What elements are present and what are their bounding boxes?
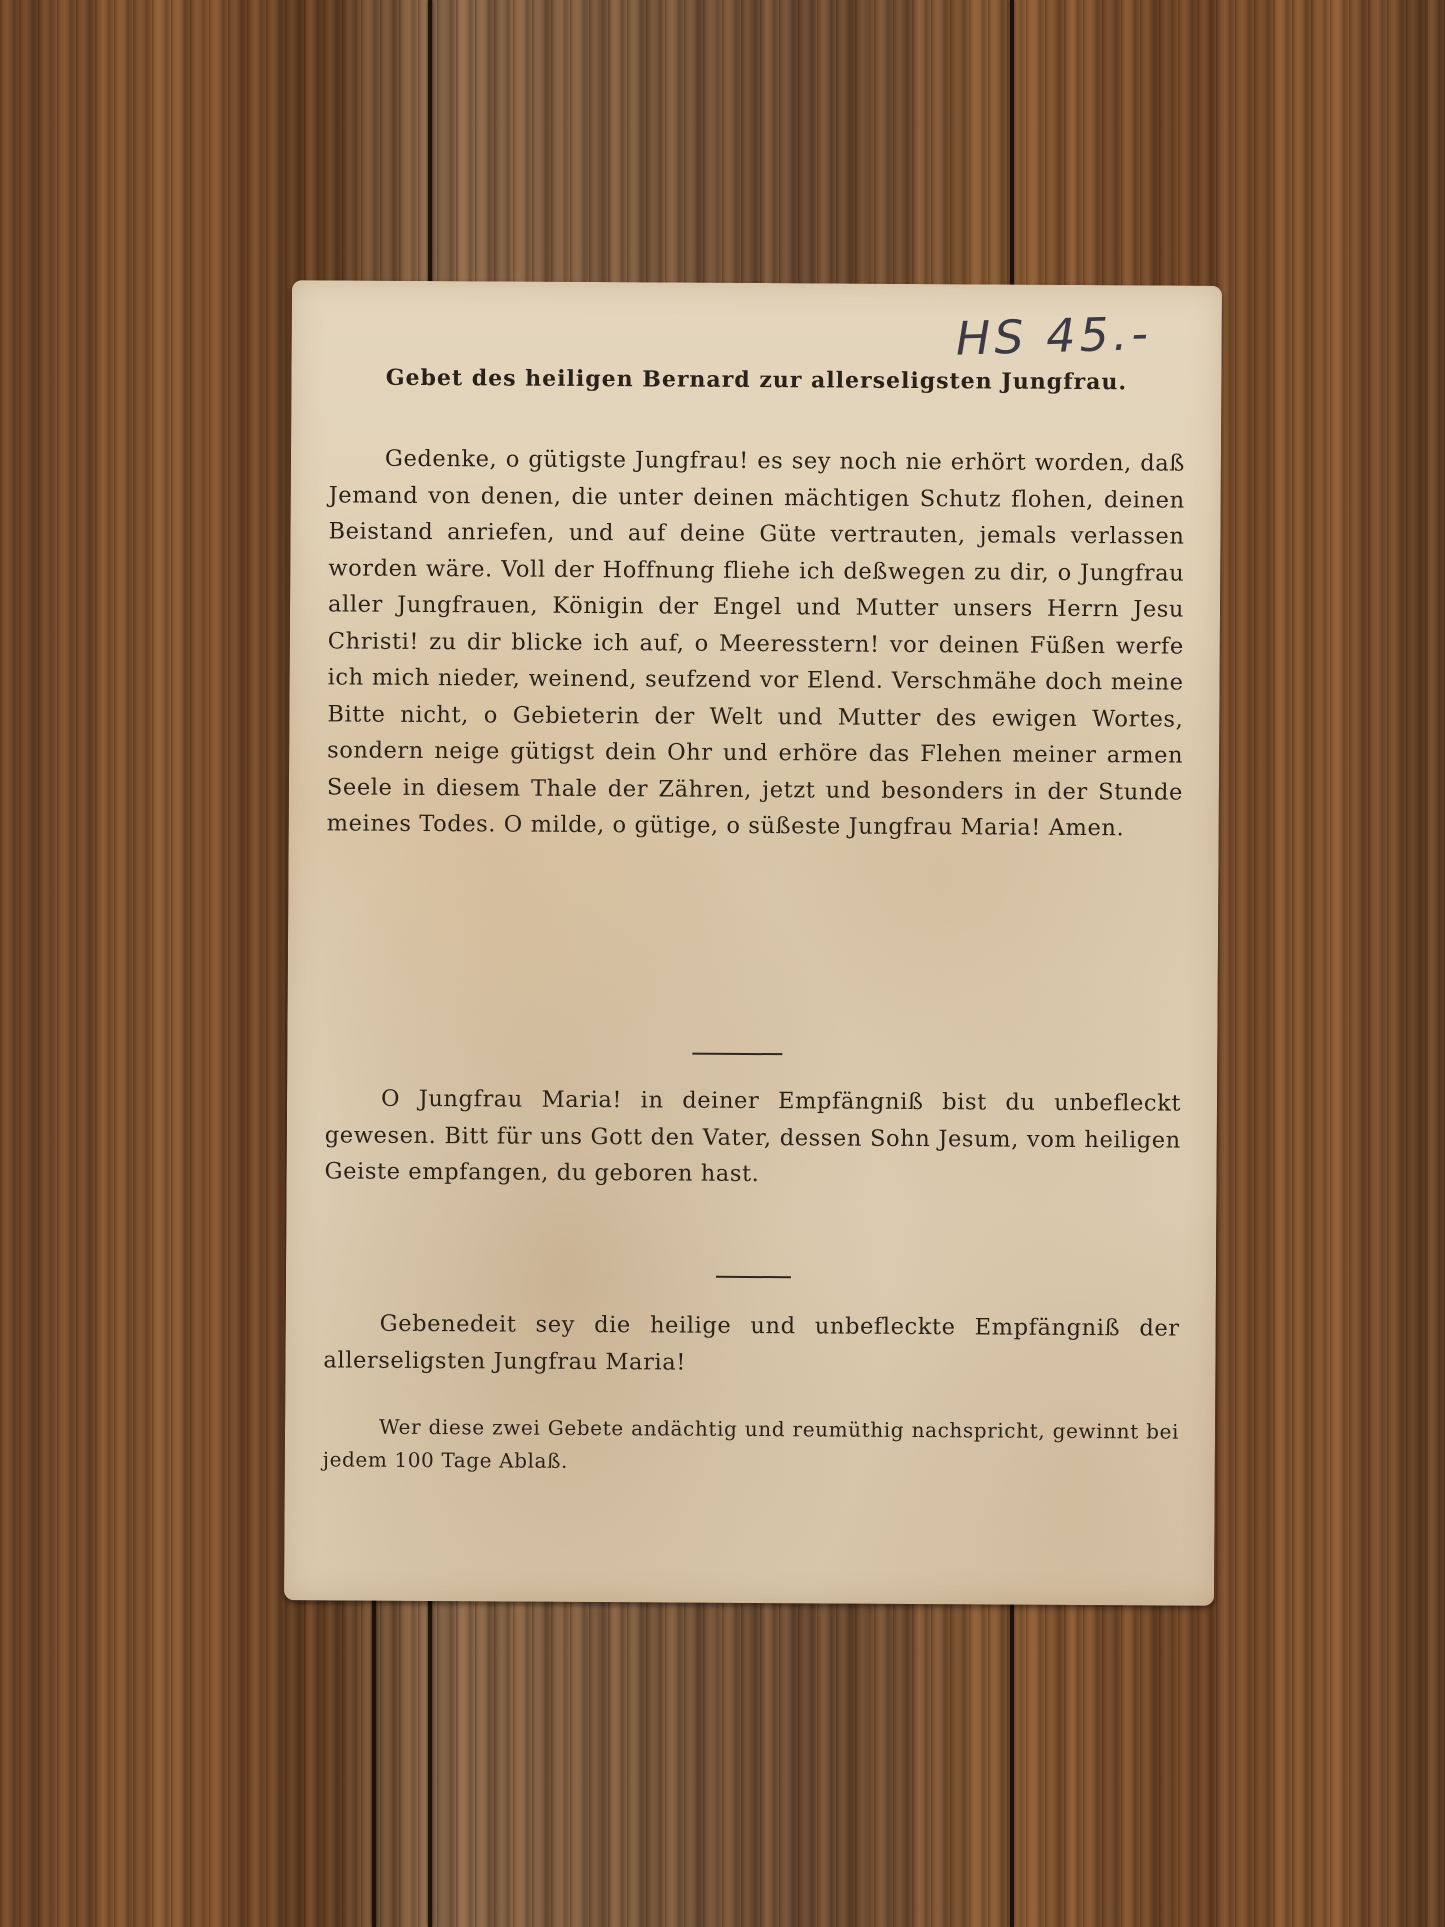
plank-seam (372, 1600, 376, 1927)
indulgence-note-text: Wer diese zwei Gebete andächtig und reum… (323, 1410, 1179, 1481)
prayer-bernard: Gedenke, o gütigste Jungfrau! es sey noc… (327, 440, 1185, 847)
handwritten-price-note: HS 45.- (955, 306, 1153, 366)
prayer-bernard-text: Gedenke, o gütigste Jungfrau! es sey noc… (327, 440, 1185, 847)
prayer-immaculate-text: O Jungfrau Maria! in deiner Empfängniß b… (324, 1080, 1181, 1195)
divider-rule (716, 1276, 791, 1278)
card-title: Gebet des heiligen Bernard zur allerseli… (331, 360, 1181, 399)
prayer-immaculate: O Jungfrau Maria! in deiner Empfängniß b… (324, 1080, 1181, 1195)
divider-rule (692, 1053, 782, 1056)
prayer-blessed: Gebenedeit sey die heilige und unbefleck… (323, 1305, 1179, 1383)
indulgence-note: Wer diese zwei Gebete andächtig und reum… (323, 1410, 1179, 1481)
prayer-blessed-text: Gebenedeit sey die heilige und unbefleck… (323, 1305, 1179, 1383)
prayer-card: HS 45.- Gebet des heiligen Bernard zur a… (284, 280, 1222, 1606)
